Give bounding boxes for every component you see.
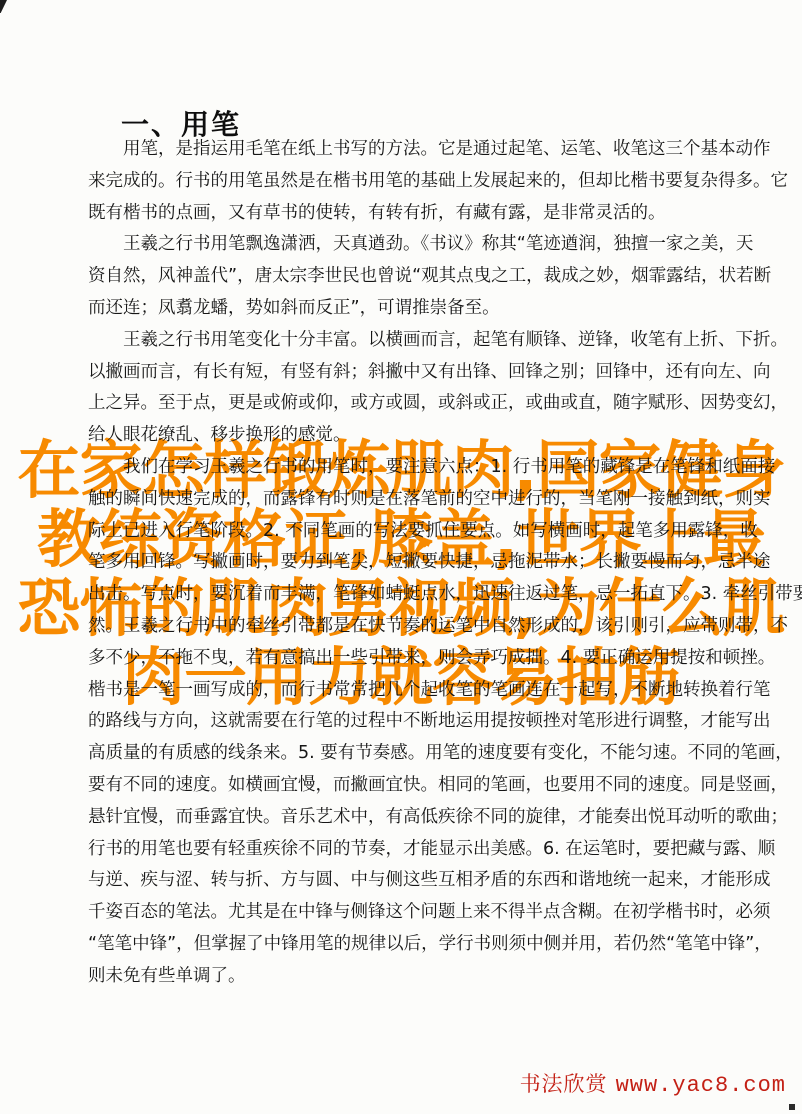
text-line: 上之异。至于点，更是或俯或仰，或方或圆，或斜或正，或曲或直，随字赋形、因势变幻， <box>88 388 766 420</box>
document-body: 用笔，是指运用毛笔在纸上书写的方法。它是通过起笔、运笔、收笔这三个基本动作来完成… <box>88 134 766 993</box>
scan-artifact <box>0 0 7 13</box>
text-line: 高质量的有质感的线条来。5. 要有节奏感。用笔的速度要有变化，不能匀速。不同的笔… <box>88 738 766 770</box>
text-line: 给人眼花缭乱、移步换形的感觉。 <box>88 420 766 452</box>
text-line: 来完成的。行书的用笔虽然是在楷书用笔的基础上发展起来的，但却比楷书要复杂得多。它 <box>88 166 766 198</box>
text-line: 要有不同的速度。如横画宜慢，而撇画宜快。相同的笔画，也要用不同的速度。同是竖画， <box>88 770 766 802</box>
text-line: 然。王羲之行书中的牵丝引带都是在快节奏的运笔中自然形成的，该引则引，应带则带，不 <box>88 611 766 643</box>
paragraph-intro: 用笔，是指运用毛笔在纸上书写的方法。它是通过起笔、运笔、收笔这三个基本动作来完成… <box>88 134 766 229</box>
text-line: 资自然，风神盖代”，唐太宗李世民也曾说“观其点曳之工，裁成之妙，烟霏露结，状若断 <box>88 261 766 293</box>
text-line: 与逆、疾与涩、转与折、方与圆、中与侧这些互相矛盾的东西和谐地统一起来，才能形成 <box>88 865 766 897</box>
text-line: 触的瞬间快速完成的，而露锋有时则是在落笔前的空中进行的，当笔刚一接触到纸，则实 <box>88 484 766 516</box>
scan-artifact <box>789 1104 795 1110</box>
text-line: 王羲之行书用笔飘逸潇洒，天真遒劲。《书议》称其“笔迹遒润，独擅一家之美，天 <box>88 229 766 261</box>
site-name: 书法欣赏 <box>520 1072 608 1096</box>
text-line: 既有楷书的点画，又有草书的使转，有转有折，有藏有露，是非常灵活的。 <box>88 198 766 230</box>
site-url: www.yac8.com <box>616 1073 786 1098</box>
text-line: 而还连；凤翥龙蟠，势如斜而反正”，可谓推崇备至。 <box>88 293 766 325</box>
text-line: 悬针宜慢，而垂露宜快。音乐艺术中，有高低疾徐不同的旋律，才能奏出悦耳动听的歌曲； <box>88 802 766 834</box>
text-line: 的路线与方向，这就需要在行笔的过程中不断地运用提按顿挫对笔形进行调整，才能写出 <box>88 706 766 738</box>
text-line: 出击。写点时，要沉着而丰满，笔锋如蜻蜓点水，迅速往返过笔，忌一拓直下。3. 牵丝… <box>88 579 766 611</box>
text-line: 以撇画而言，有长有短，有竖有斜；斜撇中又有出锋、回锋之别；回锋中，还有向左、向 <box>88 357 766 389</box>
text-line: 多不少，不拖不曳，若有意搞出一些引带来，则会弄巧成拙。4. 要正确运用提按和顿挫… <box>88 643 766 675</box>
paragraph-bianhua: 王羲之行书用笔变化十分丰富。以横画而言，起笔有顺锋、逆锋，收笔有上折、下折。以撇… <box>88 325 766 452</box>
text-line: 行书的用笔也要有轻重疾徐不同的节奏，才能显示出美感。6. 在运笔时，要把藏与露、… <box>88 834 766 866</box>
site-watermark: 书法欣赏www.yac8.com <box>520 1068 786 1098</box>
text-line: 王羲之行书用笔变化十分丰富。以横画而言，起笔有顺锋、逆锋，收笔有上折、下折。 <box>88 325 766 357</box>
text-line: “笔笔中锋”，但掌握了中锋用笔的规律以后，学行书则须中侧并用，若仍然“笔笔中锋”… <box>88 929 766 961</box>
text-line: 笔多用回锋。写撇画时，要力到笔尖，短撇要快捷，忌拖泥带水；长撇要慢而匀，忌半途 <box>88 547 766 579</box>
paragraph-shuyi-praise: 王羲之行书用笔飘逸潇洒，天真遒劲。《书议》称其“笔迹遒润，独擅一家之美，天资自然… <box>88 229 766 324</box>
text-line: 我们在学习王羲之行书的用笔时，要注意六点：1. 行书用笔的藏锋是在笔锋和纸面接 <box>88 452 766 484</box>
text-line: 则未免有些单调了。 <box>88 961 766 993</box>
text-line: 楷书是一笔一画写成的，而行书常常把几个起收笔的笔画连在一起写，不断地转换着行笔 <box>88 675 766 707</box>
paragraph-six-points: 我们在学习王羲之行书的用笔时，要注意六点：1. 行书用笔的藏锋是在笔锋和纸面接触… <box>88 452 766 993</box>
text-line: 用笔，是指运用毛笔在纸上书写的方法。它是通过起笔、运笔、收笔这三个基本动作 <box>88 134 766 166</box>
text-line: 际上已进入行笔阶段。2. 不同笔画的写法要抓住要点。如写横画时，起笔多用露锋，收 <box>88 516 766 548</box>
text-line: 千姿百态的笔法。尤其是在中锋与侧锋这个问题上来不得半点含糊。在初学楷书时，必须 <box>88 897 766 929</box>
scanned-page: 在家怎样锻炼肌肉,国家健身教练资格证,膝盖,世界上最恐怖的肌肉男视频,为什么肌肉… <box>0 0 802 1114</box>
